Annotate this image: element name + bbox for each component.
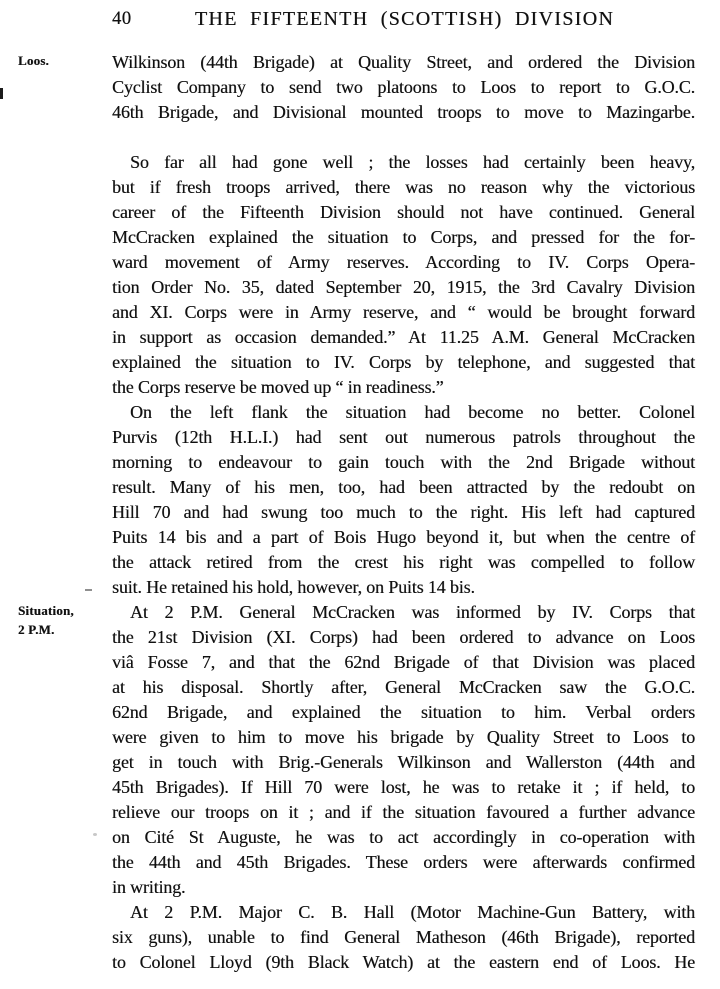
text-line: suit. He retained his hold, however, on …	[112, 575, 695, 600]
text-line: in support as occasion demanded.” At 11.…	[112, 325, 695, 350]
text-line: but if fresh troops arrived, there was n…	[112, 175, 695, 200]
text-line: So far all had gone well ; the losses ha…	[112, 150, 695, 175]
text-line: at his disposal. Shortly after, General …	[112, 675, 695, 700]
text-line: explained the situation to IV. Corps by …	[112, 350, 695, 375]
paragraph: At 2 P.M. Major C. B. Hall (Motor Machin…	[112, 900, 695, 975]
text-line: McCracken explained the situation to Cor…	[112, 225, 695, 250]
text-line: Puits 14 bis and a part of Bois Hugo bey…	[112, 525, 695, 550]
text-line: ward movement of Army reserves. Accordin…	[112, 250, 695, 275]
text-line: on Cité St Auguste, he was to act accord…	[112, 825, 695, 850]
scan-artifact-dot	[93, 833, 97, 836]
running-header-title: THE FIFTEENTH (SCOTTISH) DIVISION	[113, 8, 696, 31]
text-line: 62nd Brigade, and explained the situatio…	[112, 700, 695, 725]
text-line: 45th Brigades). If Hill 70 were lost, he…	[112, 775, 695, 800]
paragraph: At 2 P.M. General McCracken was informed…	[112, 600, 695, 900]
text-line: career of the Fifteenth Division should …	[112, 200, 695, 225]
text-line: Hill 70 and had swung too much to the ri…	[112, 500, 695, 525]
text-line: six guns), unable to find General Mathes…	[112, 925, 695, 950]
text-line: At 2 P.M. Major C. B. Hall (Motor Machin…	[112, 900, 695, 925]
margin-note-loos: Loos.	[18, 51, 49, 70]
text-line: to Colonel Lloyd (9th Black Watch) at th…	[112, 950, 695, 975]
text-line: Cyclist Company to send two platoons to …	[112, 75, 695, 100]
text-line: result. Many of his men, too, had been a…	[112, 475, 695, 500]
paragraph: On the left flank the situation had beco…	[112, 400, 695, 600]
book-page-scan: 40 THE FIFTEENTH (SCOTTISH) DIVISION Loo…	[0, 0, 720, 989]
text-line: the 44th and 45th Brigades. These orders…	[112, 850, 695, 875]
text-line: the attack retired from the crest his ri…	[112, 550, 695, 575]
text-line: tion Order No. 35, dated September 20, 1…	[112, 275, 695, 300]
text-line: get in touch with Brig.-Generals Wilkins…	[112, 750, 695, 775]
scan-artifact-dash	[85, 589, 92, 591]
text-line: Wilkinson (44th Brigade) at Quality Stre…	[112, 50, 695, 75]
text-line: On the left flank the situation had beco…	[112, 400, 695, 425]
text-line: At 2 P.M. General McCracken was informed…	[112, 600, 695, 625]
paragraph: Wilkinson (44th Brigade) at Quality Stre…	[112, 50, 695, 125]
margin-note-situation-line1: Situation,	[18, 601, 74, 620]
margin-note-situation-line2: 2 P.M.	[18, 620, 74, 639]
text-line: in writing.	[112, 875, 695, 900]
text-line: Purvis (12th H.L.I.) had sent out numero…	[112, 425, 695, 450]
text-line: were given to him to move his brigade by…	[112, 725, 695, 750]
text-line: morning to endeavour to gain touch with …	[112, 450, 695, 475]
body-text-column: Wilkinson (44th Brigade) at Quality Stre…	[112, 50, 695, 975]
margin-note-situation: Situation, 2 P.M.	[18, 601, 74, 639]
text-line: relieve our troops on it ; and if the si…	[112, 800, 695, 825]
text-line: and XI. Corps were in Army reserve, and …	[112, 300, 695, 325]
text-line: the Corps reserve be moved up “ in readi…	[112, 375, 695, 400]
text-line: viâ Fosse 7, and that the 62nd Brigade o…	[112, 650, 695, 675]
text-line: the 21st Division (XI. Corps) had been o…	[112, 625, 695, 650]
paragraph: So far all had gone well ; the losses ha…	[112, 150, 695, 400]
text-line: 46th Brigade, and Divisional mounted tro…	[112, 100, 695, 125]
scan-artifact-edge-mark	[0, 88, 3, 99]
